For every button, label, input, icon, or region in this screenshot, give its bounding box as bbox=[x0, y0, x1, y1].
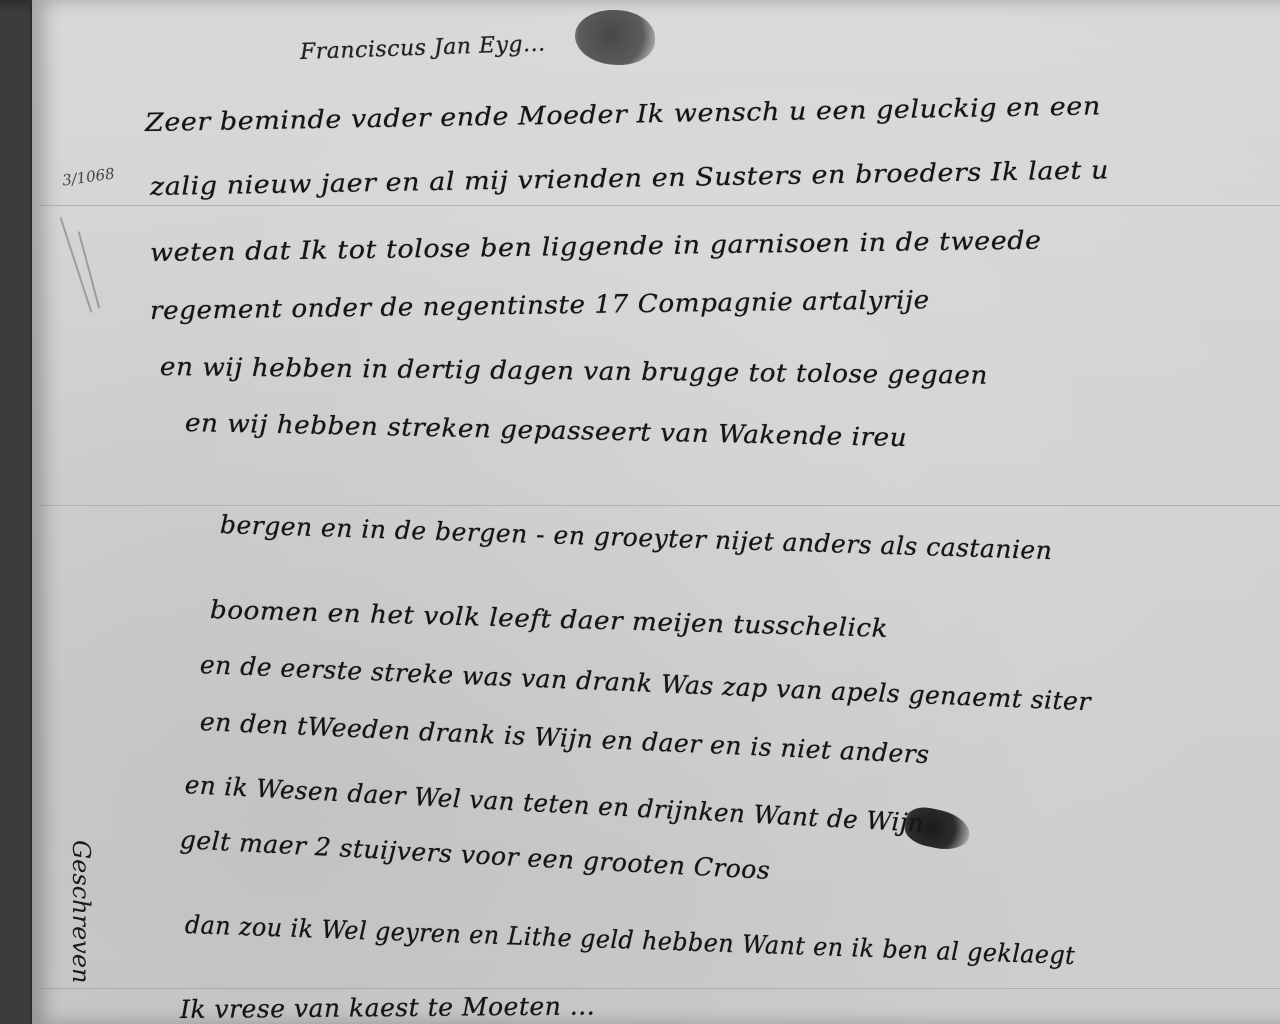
letter-line-14: Ik vrese van kaest te Moeten ... bbox=[180, 991, 595, 1024]
fold-crease bbox=[40, 505, 1280, 506]
margin-vertical-text: Geschreven bbox=[67, 840, 95, 983]
fold-crease bbox=[40, 988, 1280, 989]
fold-crease bbox=[40, 205, 1280, 206]
document-viewer: 3/1068 Geschreven Franciscus Jan Eyg... … bbox=[0, 0, 1280, 1024]
